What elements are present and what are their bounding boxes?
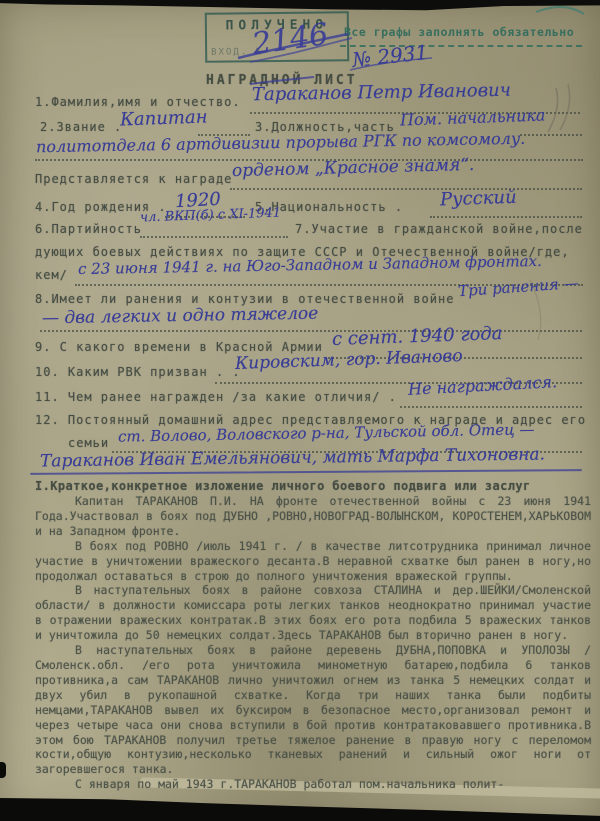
- field-12-label-line2: семьи: [68, 436, 109, 450]
- field-1-label: 1.Фамилия,имя и отчество.: [35, 95, 241, 109]
- field-2-label: 2.Звание .: [40, 120, 122, 134]
- corner-pen-mark: [536, 7, 584, 14]
- body-paragraph: С января по май 1943 г.ТАРАКАНОВ работал…: [35, 777, 591, 792]
- fill-all-fields-note: Все графы заполнять обязательно: [344, 25, 574, 39]
- pencil-mark: [560, 84, 570, 130]
- field-7-label-line3: кем/: [35, 268, 68, 282]
- field-8-value-line2: — два легких и одно тяжелое: [42, 304, 319, 329]
- scan-edge-top: [0, 0, 600, 12]
- award-label: Представляется к награде: [35, 172, 232, 186]
- dotted-leader: [230, 186, 582, 190]
- field-10-label: 10. Каким РВК призван . .: [35, 365, 241, 379]
- body-paragraph: В наступательных боях в районе деревень …: [35, 643, 591, 777]
- field-8-value-line1: Три ранения —: [458, 274, 580, 300]
- field-11-label: 11. Чем ранее награжден /за какие отличи…: [35, 390, 397, 404]
- dotted-leader: [400, 404, 582, 408]
- field-7-label-line1: 7.Участие в гражданской войне,после: [295, 222, 583, 236]
- scan-edge-notch: [0, 762, 6, 778]
- field-2-value: Капитан: [120, 106, 208, 130]
- field-9-value: с сент. 1940 года: [332, 323, 503, 350]
- body-paragraph: Капитан ТАРАКАНОВ П.И. НА фронте отечест…: [35, 494, 591, 539]
- dotted-leader: [140, 234, 288, 238]
- dotted-leader: [520, 132, 582, 136]
- field-11-value: Не награждался.: [408, 372, 558, 399]
- field-5-value: Русский: [440, 187, 517, 211]
- body-paragraph: В наступательных боях в районе совхоза С…: [35, 583, 591, 643]
- award-sheet-document: ПОЛУЧЕНО ВХОД. № 2146 Все графы заполнят…: [0, 0, 600, 821]
- section-heading: I.Краткое,конкретное изложение личного б…: [35, 479, 531, 493]
- body-paragraph: В боях под РОВНО /июль 1941 г. / в качес…: [35, 539, 591, 584]
- field-6-label: 6.Партийность: [35, 222, 142, 236]
- field-1-value: Тараканов Петр Иванович: [252, 80, 511, 106]
- dotted-leader: [430, 214, 582, 218]
- citation-body: Капитан ТАРАКАНОВ П.И. НА фронте отечест…: [35, 494, 591, 792]
- field-3-value-line1: Пом. начальника: [400, 105, 546, 129]
